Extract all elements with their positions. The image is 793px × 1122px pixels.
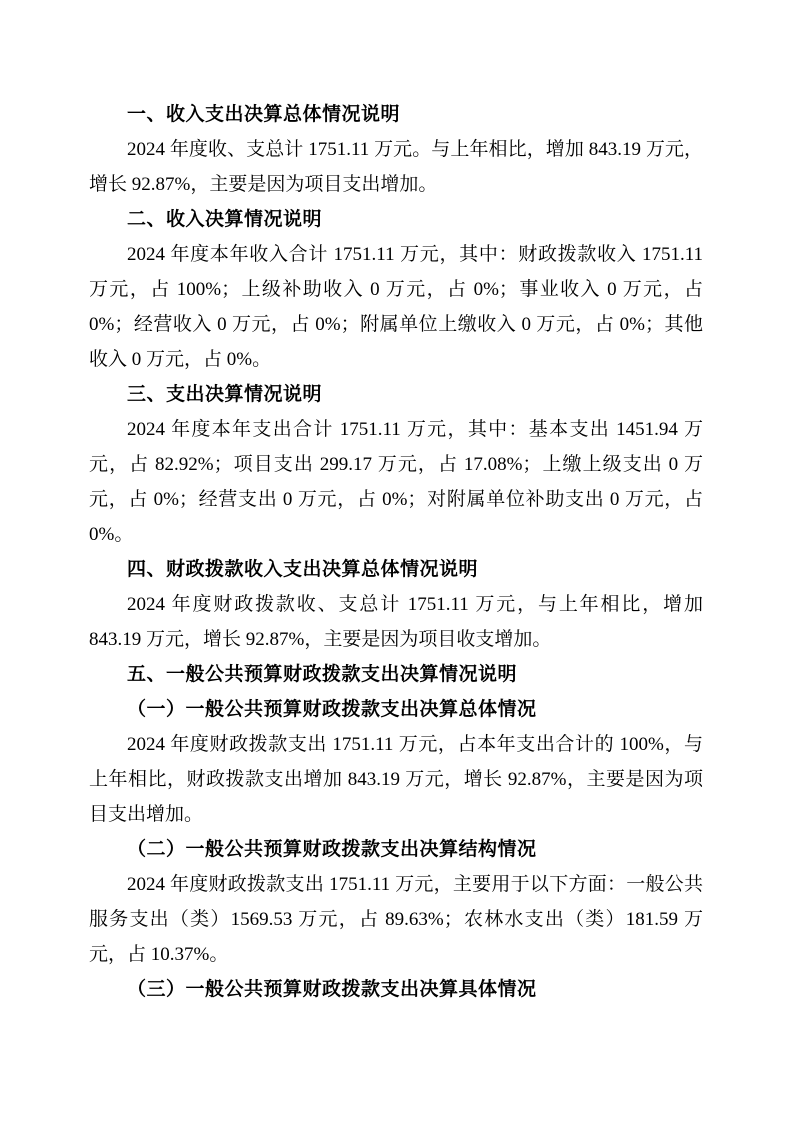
section-heading-income-final-accounts: 二、收入决算情况说明 bbox=[89, 202, 703, 237]
subsection-heading-specific-situation: （三）一般公共预算财政拨款支出决算具体情况 bbox=[89, 972, 703, 1007]
paragraph-income-final-accounts: 2024 年度本年收入合计 1751.11 万元，其中：财政拨款收入 1751.… bbox=[89, 237, 703, 377]
paragraph-fiscal-appropriation-overview: 2024 年度财政拨款收、支总计 1751.11 万元，与上年相比，增加 843… bbox=[89, 587, 703, 657]
paragraph-structure-situation: 2024 年度财政拨款支出 1751.11 万元，主要用于以下方面：一般公共服务… bbox=[89, 867, 703, 972]
document-page: 一、收入支出决算总体情况说明 2024 年度收、支总计 1751.11 万元。与… bbox=[0, 0, 793, 1122]
subsection-heading-structure-situation: （二）一般公共预算财政拨款支出决算结构情况 bbox=[89, 832, 703, 867]
paragraph-overall-situation: 2024 年度财政拨款支出 1751.11 万元，占本年支出合计的 100%，与… bbox=[89, 727, 703, 832]
section-heading-expenditure-final-accounts: 三、支出决算情况说明 bbox=[89, 377, 703, 412]
section-heading-general-public-budget-expenditure: 五、一般公共预算财政拨款支出决算情况说明 bbox=[89, 657, 703, 692]
paragraph-expenditure-final-accounts: 2024 年度本年支出合计 1751.11 万元，其中：基本支出 1451.94… bbox=[89, 412, 703, 552]
section-heading-fiscal-appropriation-overview: 四、财政拨款收入支出决算总体情况说明 bbox=[89, 552, 703, 587]
subsection-heading-overall-situation: （一）一般公共预算财政拨款支出决算总体情况 bbox=[89, 692, 703, 727]
section-heading-income-expenditure-overview: 一、收入支出决算总体情况说明 bbox=[89, 97, 703, 132]
paragraph-income-expenditure-overview: 2024 年度收、支总计 1751.11 万元。与上年相比，增加 843.19 … bbox=[89, 132, 703, 202]
